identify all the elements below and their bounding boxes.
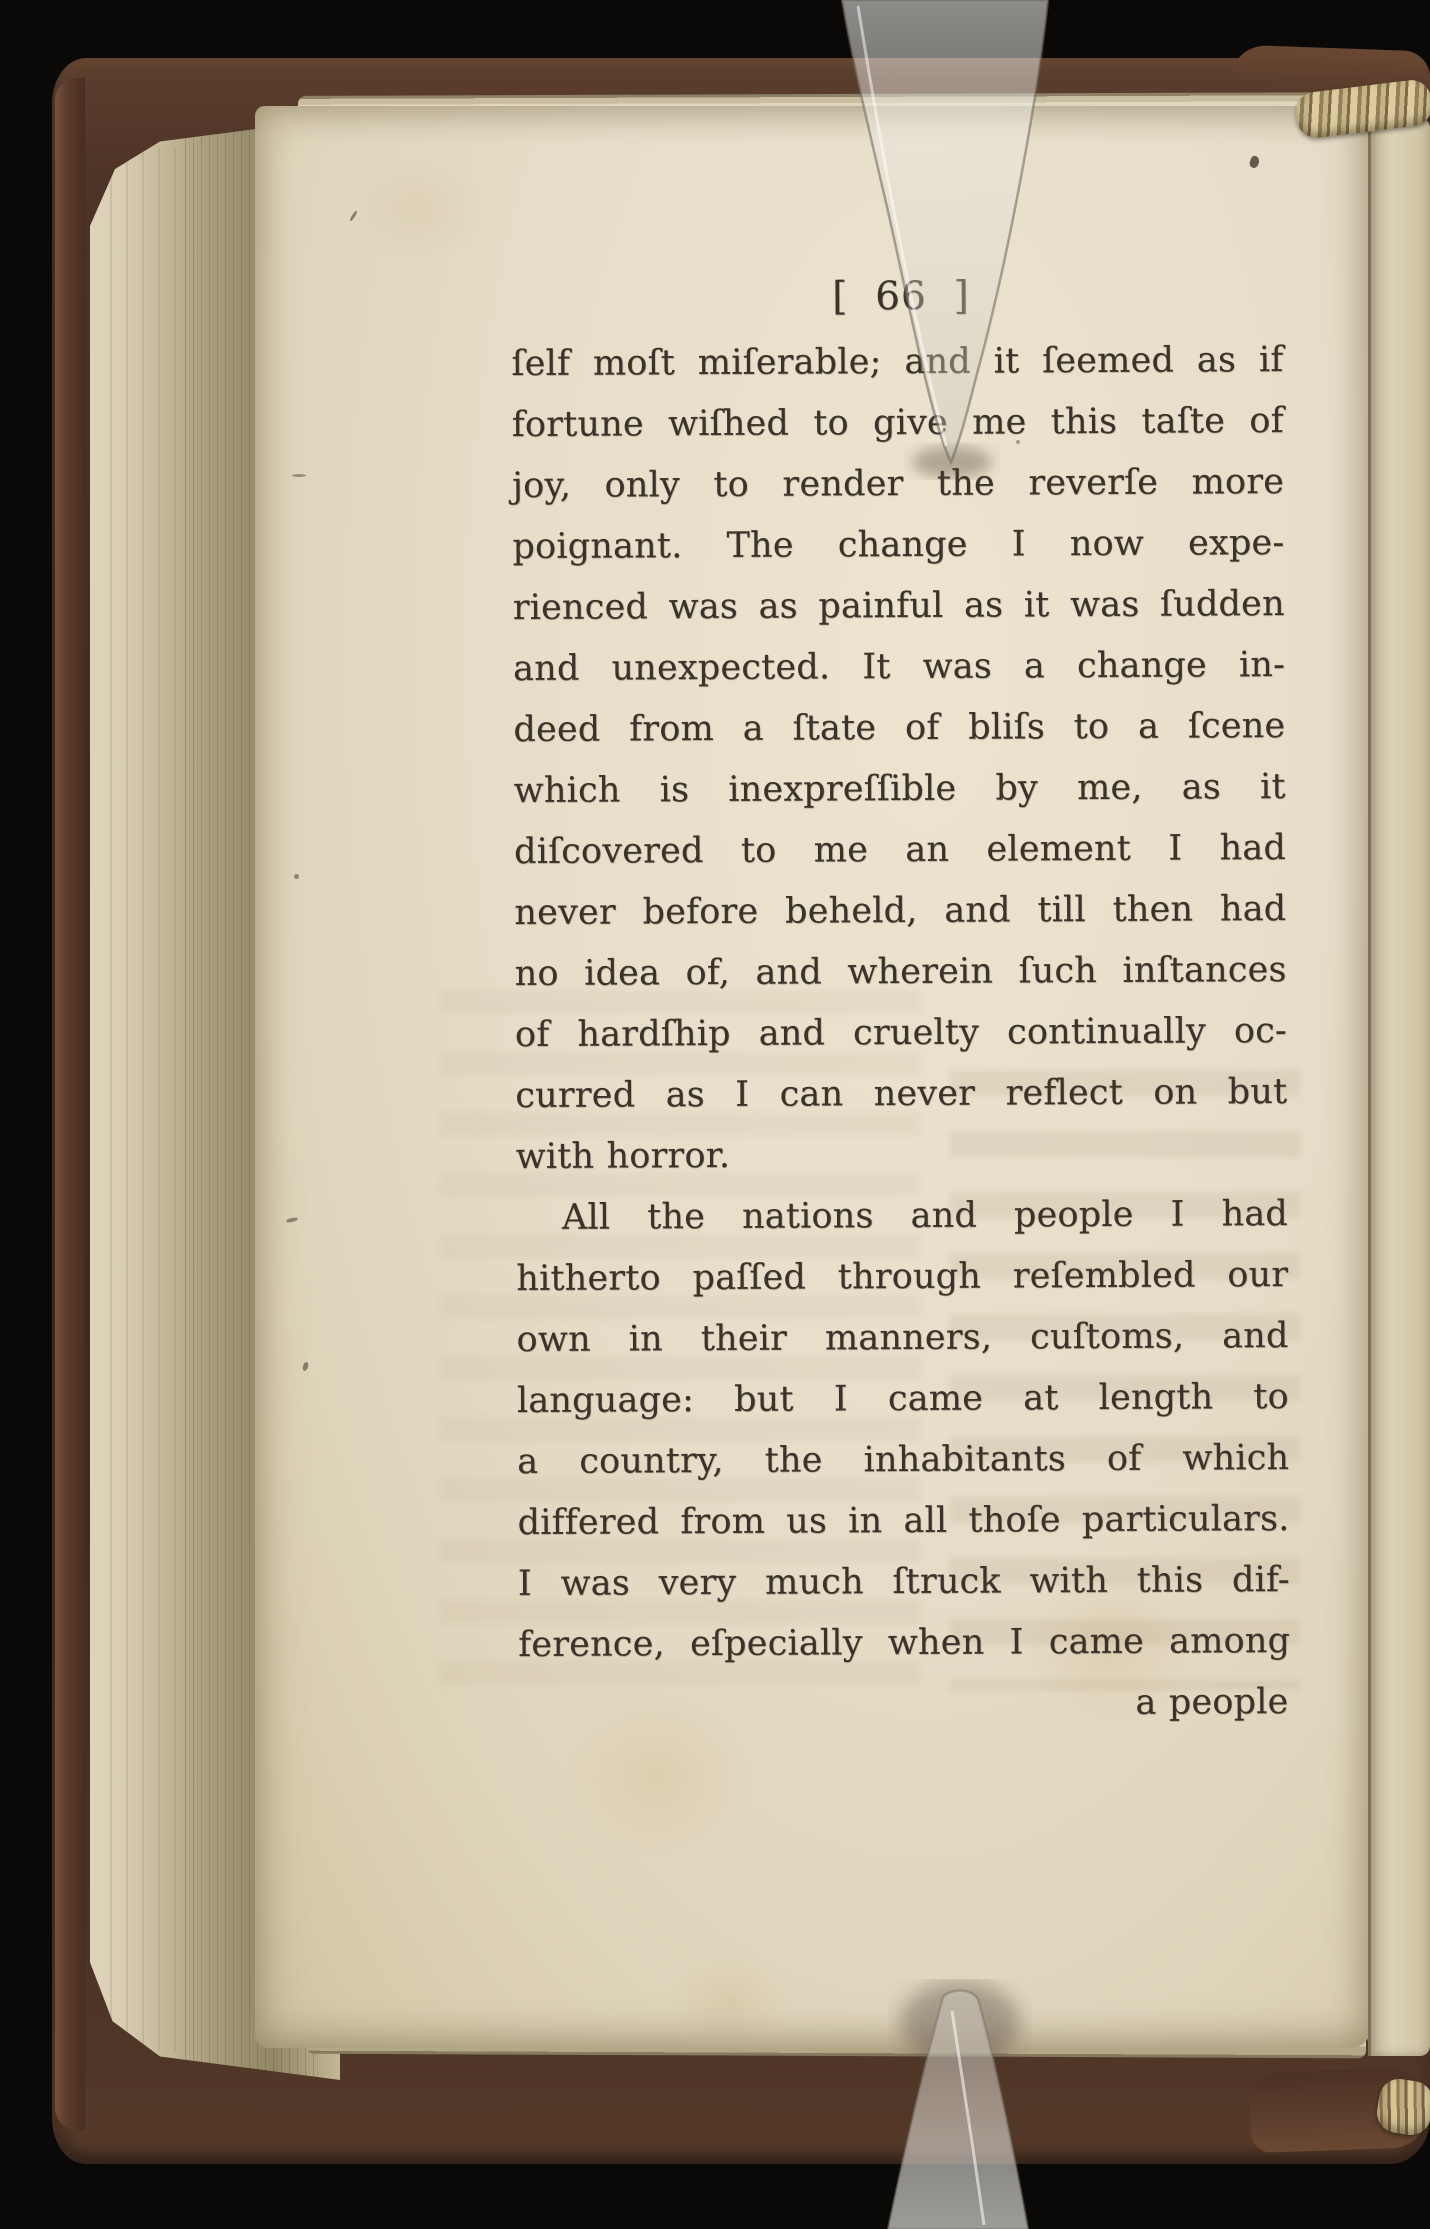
text-line: own in their manners, cuſtoms, and xyxy=(516,1306,1288,1371)
text-line: All the nations and people I had xyxy=(516,1184,1288,1249)
text-line: diſcovered to me an element I had xyxy=(514,818,1286,883)
text-line: never before beheld, and till then had xyxy=(514,879,1286,944)
text-line: no idea of, and wherein ſuch inſtances xyxy=(515,940,1287,1005)
text-line: I was very much ſtruck with this dif- xyxy=(518,1550,1290,1615)
page-number: [ 66 ] xyxy=(515,264,1287,330)
text-line: ſelf moſt miſerable; and it ſeemed as if xyxy=(511,330,1283,395)
catchword: a people xyxy=(518,1672,1290,1737)
text-line: and unexpected. It was a change in- xyxy=(513,635,1285,700)
text-line: of hardſhip and cruelty continually oc- xyxy=(515,1001,1287,1066)
text-line: joy, only to render the reverſe more xyxy=(512,452,1284,517)
text-line: curred as I can never reflect on but xyxy=(515,1062,1287,1127)
book-photograph: [ 66 ] ſelf moſt miſerable; and it ſeeme… xyxy=(0,0,1430,2229)
text-line: which is inexpreſſible by me, as it xyxy=(514,757,1286,822)
text-line: hitherto paſſed through reſembled our xyxy=(516,1245,1288,1310)
ink-speck xyxy=(294,874,299,879)
text-line: ference, eſpecially when I came among xyxy=(518,1611,1290,1676)
text-line: poignant. The change I now expe- xyxy=(512,513,1284,578)
text-line: language: but I came at length to xyxy=(517,1367,1289,1432)
text-line: deed from a ſtate of bliſs to a ſcene xyxy=(513,696,1285,761)
text-line: differed from us in all thoſe particular… xyxy=(517,1489,1289,1554)
text-lines: ſelf moſt miſerable; and it ſeemed as if… xyxy=(511,330,1290,1737)
text-line: rienced was as painful as it was ſudden xyxy=(513,574,1285,639)
facing-page-gutter xyxy=(1368,118,1430,2056)
text-line: with horror. xyxy=(515,1123,1287,1188)
text-line: a country, the inhabitants of which xyxy=(517,1428,1289,1493)
cover-spine-edge xyxy=(55,78,85,2130)
ink-speck xyxy=(292,474,306,477)
page-stack-soft-lines xyxy=(110,147,185,2050)
text-line: fortune wiſhed to give me this taſte of xyxy=(512,391,1284,456)
